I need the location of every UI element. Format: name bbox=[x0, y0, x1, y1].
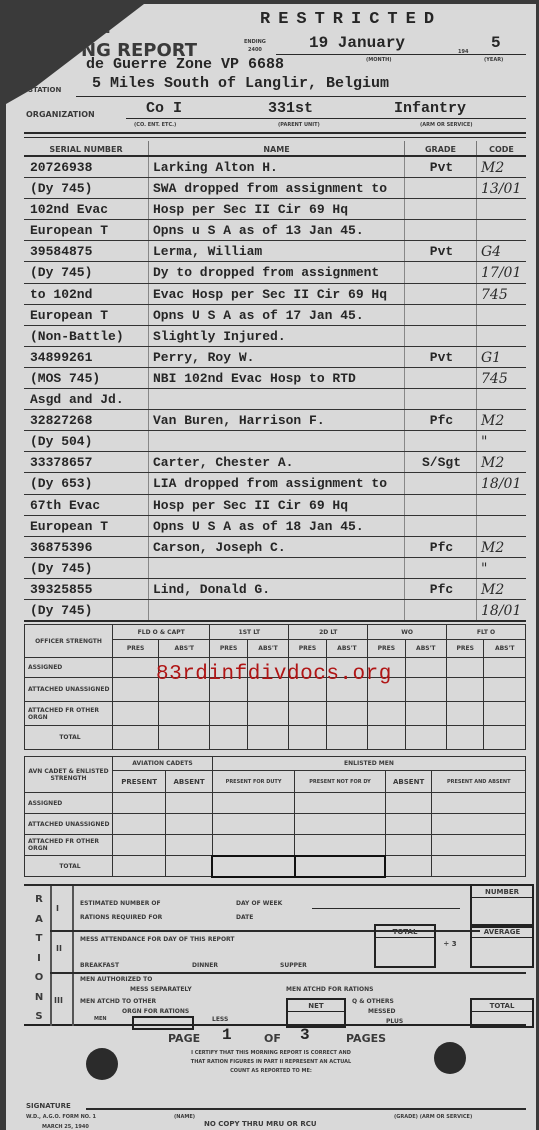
supper-label: SUPPER bbox=[280, 962, 307, 969]
officer-count-cell[interactable] bbox=[289, 726, 326, 750]
code-cell: 18/01 bbox=[476, 600, 526, 620]
station-value: 5 Miles South of Langlir, Belgium bbox=[92, 75, 389, 92]
organization-label: ORGANIZATION bbox=[26, 110, 95, 119]
enlisted-count-cell[interactable] bbox=[295, 793, 386, 814]
grade-cell bbox=[404, 431, 476, 451]
roster-row: 32827268Van Buren, Harrison F.PfcM2 bbox=[24, 410, 526, 431]
code-cell: M2 bbox=[476, 410, 526, 430]
serial-cell: (Dy 653) bbox=[24, 473, 148, 493]
name-cell: Van Buren, Harrison F. bbox=[148, 410, 404, 430]
enlisted-count-cell[interactable] bbox=[295, 856, 386, 877]
enlisted-count-cell[interactable] bbox=[166, 814, 213, 835]
officer-count-cell[interactable] bbox=[484, 658, 526, 678]
name-cell bbox=[148, 600, 404, 620]
name-cell: Hosp per Sec II Cir 69 Hq bbox=[148, 495, 404, 515]
code-cell: 745 bbox=[476, 368, 526, 388]
officer-sub-absent: ABS'T bbox=[247, 640, 289, 658]
total-pages: 3 bbox=[300, 1026, 310, 1044]
name-cell: Opns U S A as of 18 Jan 45. bbox=[148, 516, 404, 536]
code-cell: 18/01 bbox=[476, 473, 526, 493]
officer-sub-absent: ABS'T bbox=[484, 640, 526, 658]
code-cell bbox=[476, 495, 526, 515]
roster-row: (Dy 504)" bbox=[24, 431, 526, 452]
officer-count-cell[interactable] bbox=[210, 726, 247, 750]
organization-unit-label: (CO. ENT. ETC.) bbox=[134, 122, 176, 128]
number-box-label: NUMBER bbox=[472, 886, 532, 898]
roster-row: European TOpns u S A as of 13 Jan 45. bbox=[24, 220, 526, 241]
serial-cell: 32827268 bbox=[24, 410, 148, 430]
roster-row: Asgd and Jd. bbox=[24, 389, 526, 410]
dinner-label: DINNER bbox=[192, 962, 218, 969]
certify-statement: I CERTIFY THAT THIS MORNING REPORT IS CO… bbox=[146, 1049, 396, 1076]
name-cell: Hosp per Sec II Cir 69 Hq bbox=[148, 199, 404, 219]
roster-row: 39584875Lerma, WilliamPvtG4 bbox=[24, 241, 526, 262]
group-aviation-cadets: AVIATION CADETS bbox=[113, 757, 213, 771]
roster-row: (Dy 653)LIA dropped from assignment to18… bbox=[24, 473, 526, 494]
code-cell: 17/01 bbox=[476, 262, 526, 282]
name-cell: Lind, Donald G. bbox=[148, 579, 404, 599]
grade-cell: S/Sgt bbox=[404, 452, 476, 472]
enlisted-count-cell[interactable] bbox=[212, 835, 294, 856]
punch-hole-right bbox=[434, 1042, 466, 1074]
serial-cell: (Dy 745) bbox=[24, 600, 148, 620]
officer-count-cell[interactable] bbox=[159, 726, 210, 750]
location-value: de Guerre Zone VP 6688 bbox=[86, 56, 284, 73]
officer-count-cell[interactable] bbox=[210, 702, 247, 726]
officer-count-cell[interactable] bbox=[113, 658, 159, 678]
grade-cell bbox=[404, 368, 476, 388]
code-cell: " bbox=[476, 558, 526, 578]
grade-cell bbox=[404, 220, 476, 240]
grade-cell: Pvt bbox=[404, 157, 476, 177]
enlisted-col-header: PRESENT NOT FOR DY bbox=[295, 771, 386, 793]
roster-row: 33378657Carter, Chester A.S/SgtM2 bbox=[24, 452, 526, 473]
serial-cell: 39325855 bbox=[24, 579, 148, 599]
men-present-box[interactable] bbox=[132, 1016, 194, 1030]
name-cell: Larking Alton H. bbox=[148, 157, 404, 177]
enlisted-count-cell[interactable] bbox=[385, 814, 432, 835]
code-cell bbox=[476, 199, 526, 219]
officer-count-cell[interactable] bbox=[484, 678, 526, 702]
rations-side-letter: T bbox=[32, 929, 46, 949]
enlisted-count-cell[interactable] bbox=[432, 835, 526, 856]
atchd-other-1: MEN ATCHD TO OTHER bbox=[80, 998, 156, 1005]
net-label: NET bbox=[288, 1000, 344, 1012]
code-cell: 13/01 bbox=[476, 178, 526, 198]
certify-line-2: THAT RATION FIGURES IN PART II REPRESENT… bbox=[146, 1058, 396, 1067]
grade-cell: Pvt bbox=[404, 241, 476, 261]
code-cell bbox=[476, 516, 526, 536]
net-box[interactable]: NET bbox=[286, 998, 346, 1028]
bottom-note: NO COPY THRU MRU OR RCU bbox=[204, 1120, 317, 1128]
enlisted-strength-title: AVN CADET & ENLISTED STRENGTH bbox=[25, 757, 113, 793]
enlisted-count-cell[interactable] bbox=[166, 856, 213, 877]
enlisted-count-cell[interactable] bbox=[113, 814, 166, 835]
plus-label: PLUS bbox=[386, 1018, 403, 1025]
rations-total-box[interactable]: TOTAL bbox=[470, 998, 534, 1028]
name-cell: LIA dropped from assignment to bbox=[148, 473, 404, 493]
enlisted-count-cell[interactable] bbox=[113, 856, 166, 877]
serial-cell: Asgd and Jd. bbox=[24, 389, 148, 409]
enlisted-row-label: ASSIGNED bbox=[25, 793, 113, 814]
code-cell: 745 bbox=[476, 284, 526, 304]
rations-side-letter: I bbox=[32, 949, 46, 969]
rations-total-label: TOTAL bbox=[472, 1000, 532, 1012]
station-label: STATION bbox=[28, 86, 61, 94]
grade-cell: Pfc bbox=[404, 579, 476, 599]
officer-count-cell[interactable] bbox=[447, 658, 484, 678]
officer-count-cell[interactable] bbox=[113, 678, 159, 702]
officer-sub-present: PRES bbox=[447, 640, 484, 658]
grade-cell: Pfc bbox=[404, 537, 476, 557]
of-label: OF bbox=[264, 1032, 281, 1045]
name-cell: Carter, Chester A. bbox=[148, 452, 404, 472]
atchd-for-rations: MEN ATCHD FOR RATIONS bbox=[286, 986, 373, 993]
section-2-number: II bbox=[56, 944, 62, 953]
enlisted-count-cell[interactable] bbox=[166, 835, 213, 856]
group-2d-lt: 2D LT bbox=[289, 625, 368, 640]
name-cell bbox=[148, 389, 404, 409]
serial-cell: European T bbox=[24, 220, 148, 240]
serial-cell: 33378657 bbox=[24, 452, 148, 472]
serial-cell: (Dy 745) bbox=[24, 178, 148, 198]
serial-cell: 20726938 bbox=[24, 157, 148, 177]
roster-row: 20726938Larking Alton H.PvtM2 bbox=[24, 157, 526, 178]
serial-cell: (Dy 745) bbox=[24, 558, 148, 578]
serial-cell: 39584875 bbox=[24, 241, 148, 261]
code-cell: M2 bbox=[476, 579, 526, 599]
grade-cell bbox=[404, 326, 476, 346]
officer-row-label: ATTACHED FR OTHER ORGN bbox=[25, 702, 113, 726]
certify-line-3: COUNT AS REPORTED TO ME: bbox=[146, 1067, 396, 1076]
enlisted-row-label: ATTACHED UNASSIGNED bbox=[25, 814, 113, 835]
grade-label: (GRADE) (ARM OR SERVICE) bbox=[394, 1114, 472, 1120]
name-label: (NAME) bbox=[174, 1114, 195, 1120]
name-cell: Slightly Injured. bbox=[148, 326, 404, 346]
enlisted-count-cell[interactable] bbox=[432, 856, 526, 877]
code-cell bbox=[476, 305, 526, 325]
officer-sub-present: PRES bbox=[289, 640, 326, 658]
divide-by-3: ÷ 3 bbox=[442, 940, 458, 948]
enlisted-count-cell[interactable] bbox=[385, 856, 432, 877]
classification-stamp: RESTRICTED bbox=[260, 10, 442, 29]
code-cell: G4 bbox=[476, 241, 526, 261]
serial-cell: 36875396 bbox=[24, 537, 148, 557]
name-cell: Opns u S A as of 13 Jan 45. bbox=[148, 220, 404, 240]
grade-cell bbox=[404, 558, 476, 578]
serial-cell: (Dy 745) bbox=[24, 262, 148, 282]
officer-sub-present: PRES bbox=[368, 640, 405, 658]
name-cell: SWA dropped from assignment to bbox=[148, 178, 404, 198]
grade-cell bbox=[404, 305, 476, 325]
form-id: W.D., A.G.O. FORM NO. 1 bbox=[26, 1114, 96, 1120]
name-cell bbox=[148, 558, 404, 578]
officer-count-cell[interactable] bbox=[289, 702, 326, 726]
grade-cell bbox=[404, 389, 476, 409]
auth-sep-2: MESS SEPARATELY bbox=[130, 986, 192, 993]
roster-row: 67th EvacHosp per Sec II Cir 69 Hq bbox=[24, 495, 526, 516]
rations-side-letter: R bbox=[32, 890, 46, 910]
ending-sub: 2400 bbox=[248, 47, 262, 53]
rations-section: RATIONS I ESTIMATED NUMBER OF RATIONS RE… bbox=[24, 886, 526, 1026]
code-cell: G1 bbox=[476, 347, 526, 367]
grade-cell bbox=[404, 600, 476, 620]
enlisted-count-cell[interactable] bbox=[113, 835, 166, 856]
men-present-1: MEN bbox=[94, 1016, 107, 1022]
average-box[interactable]: AVERAGE bbox=[470, 924, 534, 968]
grade-cell bbox=[404, 516, 476, 536]
officer-sub-absent: ABS'T bbox=[159, 640, 210, 658]
officer-sub-absent: ABS'T bbox=[326, 640, 368, 658]
page-label: PAGE bbox=[168, 1032, 200, 1045]
roster-row: (Dy 745)" bbox=[24, 558, 526, 579]
organization-unit: Co I bbox=[146, 100, 182, 117]
others-1: Q & OTHERS bbox=[352, 998, 394, 1005]
atchd-other-2: ORGN FOR RATIONS bbox=[122, 1008, 189, 1015]
roster-row: 102nd EvacHosp per Sec II Cir 69 Hq bbox=[24, 199, 526, 220]
roster-header: SERIAL NUMBER NAME GRADE CODE bbox=[24, 141, 526, 157]
officer-row-label: ASSIGNED bbox=[25, 658, 113, 678]
grade-cell bbox=[404, 473, 476, 493]
name-cell: NBI 102nd Evac Hosp to RTD bbox=[148, 368, 404, 388]
ending-label: ENDING bbox=[244, 39, 266, 45]
enlisted-strength-table: AVN CADET & ENLISTED STRENGTH AVIATION C… bbox=[24, 756, 526, 878]
col-name: NAME bbox=[148, 141, 404, 155]
officer-count-cell[interactable] bbox=[405, 658, 447, 678]
grade-cell bbox=[404, 199, 476, 219]
serial-cell: (MOS 745) bbox=[24, 368, 148, 388]
officer-sub-absent: ABS'T bbox=[405, 640, 447, 658]
col-code: CODE bbox=[476, 141, 526, 155]
group-enlisted-men: ENLISTED MEN bbox=[212, 757, 525, 771]
enlisted-count-cell[interactable] bbox=[212, 814, 294, 835]
enlisted-count-cell[interactable] bbox=[432, 814, 526, 835]
day-of-week-label: DAY OF WEEK bbox=[236, 900, 282, 907]
officer-sub-present: PRES bbox=[113, 640, 159, 658]
section-1-text-2: RATIONS REQUIRED FOR bbox=[80, 914, 162, 921]
code-cell: M2 bbox=[476, 157, 526, 177]
officer-sub-present: PRES bbox=[210, 640, 247, 658]
officer-count-cell[interactable] bbox=[447, 702, 484, 726]
roster-row: (Dy 745)Dy to dropped from assignment17/… bbox=[24, 262, 526, 283]
officer-count-cell[interactable] bbox=[484, 726, 526, 750]
name-cell: Perry, Roy W. bbox=[148, 347, 404, 367]
enlisted-col-header: PRESENT bbox=[113, 771, 166, 793]
rations-side-letter: S bbox=[32, 1007, 46, 1027]
enlisted-col-header: PRESENT FOR DUTY bbox=[212, 771, 294, 793]
grade-cell: Pfc bbox=[404, 410, 476, 430]
roster-table: SERIAL NUMBER NAME GRADE CODE 20726938La… bbox=[24, 141, 526, 621]
officer-count-cell[interactable] bbox=[368, 726, 405, 750]
serial-cell: European T bbox=[24, 516, 148, 536]
less-label: LESS bbox=[212, 1016, 228, 1023]
page-number: 1 bbox=[222, 1026, 232, 1044]
enlisted-count-cell[interactable] bbox=[166, 793, 213, 814]
code-cell: " bbox=[476, 431, 526, 451]
officer-count-cell[interactable] bbox=[447, 726, 484, 750]
roster-row: to 102ndEvac Hosp per Sec II Cir 69 Hq74… bbox=[24, 284, 526, 305]
enlisted-count-cell[interactable] bbox=[212, 793, 294, 814]
code-cell: M2 bbox=[476, 537, 526, 557]
grade-cell: Pvt bbox=[404, 347, 476, 367]
serial-cell: (Non-Battle) bbox=[24, 326, 148, 346]
name-cell: Dy to dropped from assignment bbox=[148, 262, 404, 282]
name-cell: Lerma, William bbox=[148, 241, 404, 261]
month-label: (MONTH) bbox=[366, 57, 392, 63]
section-2-text: MESS ATTENDANCE FOR DAY OF THIS REPORT bbox=[80, 936, 235, 943]
roster-row: European TOpns U S A as of 18 Jan 45. bbox=[24, 516, 526, 537]
enlisted-row-label: TOTAL bbox=[25, 856, 113, 877]
group-1st-lt: 1ST LT bbox=[210, 625, 289, 640]
enlisted-count-cell[interactable] bbox=[295, 835, 386, 856]
punch-hole-left bbox=[86, 1048, 118, 1080]
section-1-number: I bbox=[56, 904, 59, 913]
group-fld-o-capt: FLD O & CAPT bbox=[113, 625, 210, 640]
officer-strength-table: OFFICER STRENGTH FLD O & CAPT 1ST LT 2D … bbox=[24, 624, 526, 750]
grade-cell bbox=[404, 495, 476, 515]
code-cell bbox=[476, 220, 526, 240]
officer-count-cell[interactable] bbox=[113, 726, 159, 750]
roster-row: (MOS 745)NBI 102nd Evac Hosp to RTD745 bbox=[24, 368, 526, 389]
officer-count-cell[interactable] bbox=[405, 726, 447, 750]
officer-count-cell[interactable] bbox=[405, 702, 447, 726]
rations-side-letter: O bbox=[32, 968, 46, 988]
officer-count-cell[interactable] bbox=[247, 702, 289, 726]
grade-cell bbox=[404, 178, 476, 198]
breakfast-label: BREAKFAST bbox=[80, 962, 119, 969]
officer-strength-title: OFFICER STRENGTH bbox=[25, 625, 113, 658]
col-grade: GRADE bbox=[404, 141, 476, 155]
officer-count-cell[interactable] bbox=[405, 678, 447, 702]
form-date: MARCH 25, 1940 bbox=[42, 1124, 89, 1130]
report-year: 5 bbox=[491, 34, 501, 52]
rations-side-letter: A bbox=[32, 910, 46, 930]
section-1-text-1: ESTIMATED NUMBER OF bbox=[80, 900, 161, 907]
officer-count-cell[interactable] bbox=[113, 702, 159, 726]
auth-sep-1: MEN AUTHORIZED TO bbox=[80, 976, 152, 983]
year-label: (YEAR) bbox=[484, 57, 503, 63]
number-box[interactable]: NUMBER bbox=[470, 884, 534, 928]
rations-side-letter: N bbox=[32, 988, 46, 1008]
date-label: DATE bbox=[236, 914, 253, 921]
report-date: 19 January bbox=[309, 34, 405, 52]
roster-row: (Dy 745)SWA dropped from assignment to13… bbox=[24, 178, 526, 199]
name-cell: Opns U S A as of 17 Jan 45. bbox=[148, 305, 404, 325]
serial-cell: European T bbox=[24, 305, 148, 325]
rations-side-label: RATIONS bbox=[32, 890, 46, 1027]
organization-arm-label: (ARM OR SERVICE) bbox=[420, 122, 473, 128]
group-flt-o: FLT O bbox=[447, 625, 526, 640]
pages-label: PAGES bbox=[346, 1032, 386, 1045]
roster-row: 39325855Lind, Donald G.PfcM2 bbox=[24, 579, 526, 600]
section-3-number: III bbox=[54, 996, 63, 1005]
year-prefix: 194 bbox=[458, 49, 468, 55]
name-cell bbox=[148, 431, 404, 451]
organization-arm: Infantry bbox=[394, 100, 466, 117]
officer-count-cell[interactable] bbox=[326, 726, 368, 750]
certify-line-1: I CERTIFY THAT THIS MORNING REPORT IS CO… bbox=[146, 1049, 396, 1058]
serial-cell: 67th Evac bbox=[24, 495, 148, 515]
roster-row: 36875396Carson, Joseph C.PfcM2 bbox=[24, 537, 526, 558]
enlisted-count-cell[interactable] bbox=[432, 793, 526, 814]
watermark: 83rdinfdivdocs.org bbox=[156, 663, 392, 686]
grade-cell bbox=[404, 262, 476, 282]
officer-row-label: TOTAL bbox=[25, 726, 113, 750]
others-2: MESSED bbox=[368, 1008, 396, 1015]
officer-count-cell[interactable] bbox=[484, 702, 526, 726]
enlisted-row-label: ATTACHED FR OTHER ORGN bbox=[25, 835, 113, 856]
enlisted-count-cell[interactable] bbox=[385, 835, 432, 856]
col-serial: SERIAL NUMBER bbox=[24, 141, 148, 155]
title-top-fragment: Y bbox=[102, 18, 114, 37]
serial-cell: 34899261 bbox=[24, 347, 148, 367]
organization-parent: 331st bbox=[268, 100, 313, 117]
morning-report-form: RESTRICTED Y NG REPORT ENDING 2400 19 Ja… bbox=[6, 4, 536, 1130]
officer-count-cell[interactable] bbox=[447, 678, 484, 702]
code-cell bbox=[476, 326, 526, 346]
group-wo: WO bbox=[368, 625, 447, 640]
serial-cell: 102nd Evac bbox=[24, 199, 148, 219]
name-cell: Carson, Joseph C. bbox=[148, 537, 404, 557]
mess-total-box[interactable]: TOTAL bbox=[374, 924, 436, 968]
organization-parent-label: (PARENT UNIT) bbox=[278, 122, 320, 128]
enlisted-count-cell[interactable] bbox=[212, 856, 294, 877]
code-cell: M2 bbox=[476, 452, 526, 472]
enlisted-count-cell[interactable] bbox=[385, 793, 432, 814]
officer-count-cell[interactable] bbox=[326, 702, 368, 726]
officer-count-cell[interactable] bbox=[368, 702, 405, 726]
enlisted-count-cell[interactable] bbox=[113, 793, 166, 814]
enlisted-count-cell[interactable] bbox=[295, 814, 386, 835]
code-cell bbox=[476, 389, 526, 409]
average-label: AVERAGE bbox=[472, 926, 532, 938]
enlisted-col-header: ABSENT bbox=[385, 771, 432, 793]
roster-row: (Dy 745)18/01 bbox=[24, 600, 526, 621]
enlisted-col-header: ABSENT bbox=[166, 771, 213, 793]
officer-row-label: ATTACHED UNASSIGNED bbox=[25, 678, 113, 702]
roster-row: 34899261Perry, Roy W.PvtG1 bbox=[24, 347, 526, 368]
officer-count-cell[interactable] bbox=[159, 702, 210, 726]
roster-rows: 20726938Larking Alton H.PvtM2(Dy 745)SWA… bbox=[24, 157, 526, 621]
roster-row: European TOpns U S A as of 17 Jan 45. bbox=[24, 305, 526, 326]
signature-line[interactable] bbox=[86, 1108, 526, 1110]
mess-total-label: TOTAL bbox=[376, 926, 434, 938]
signature-label: SIGNATURE bbox=[26, 1102, 71, 1110]
roster-row: (Non-Battle)Slightly Injured. bbox=[24, 326, 526, 347]
serial-cell: to 102nd bbox=[24, 284, 148, 304]
name-cell: Evac Hosp per Sec II Cir 69 Hq bbox=[148, 284, 404, 304]
serial-cell: (Dy 504) bbox=[24, 431, 148, 451]
officer-count-cell[interactable] bbox=[247, 726, 289, 750]
enlisted-col-header: PRESENT AND ABSENT bbox=[432, 771, 526, 793]
grade-cell bbox=[404, 284, 476, 304]
